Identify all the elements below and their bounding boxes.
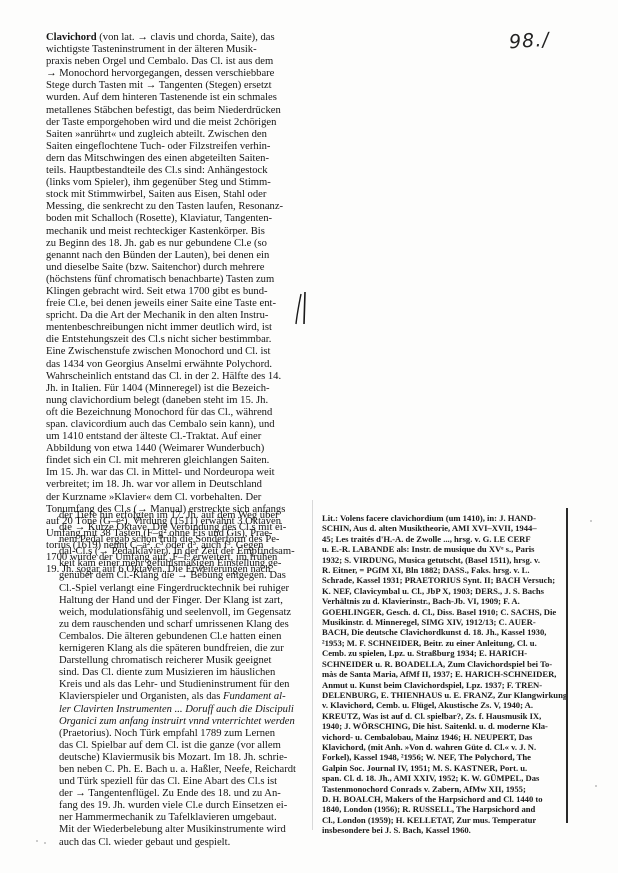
lit-line: BACH, Die deutsche Clavichordkunst d. 18… — [322, 627, 566, 637]
text-line: (von lat. → clavis und chorda, Saite), d… — [97, 32, 275, 43]
text-line: der → Tangentenflügel. Zu Ende des 18. u… — [59, 788, 311, 800]
scan-speck — [36, 840, 38, 842]
lit-line: Cemb. zu spielen, Lpz. u. Straßburg 1934… — [322, 648, 566, 658]
text-line: um 1410 entstand der älteste Cl.-Traktat… — [46, 431, 302, 443]
text-line: → Monochord hervorgegangen, dessen versc… — [46, 68, 302, 80]
lit-line: Galpin Soc. Journal IV, 1951; M. S. KAST… — [322, 763, 566, 773]
lit-line: màs de Santa Maria, AfMf II, 1937; E. HA… — [322, 669, 566, 679]
text-line: ner Hammermechanik zu Tafelklavieren umg… — [59, 812, 311, 824]
text-line: Saiten eingeflochtene Tuch- oder Filzstr… — [46, 141, 302, 153]
lit-line: 1940; J. WÖRSCHING, Die hist. Saitenkl. … — [322, 721, 566, 731]
text-line: dal-Cl.s (→ Pedalklavier). In der Zeit d… — [59, 546, 311, 558]
handdrawn-margin-line — [566, 508, 568, 823]
text-line: Stege durch Tasten mit → Tangenten (Steg… — [46, 80, 302, 92]
text-line: auch das Cl. wieder gebaut und gespielt. — [59, 837, 311, 849]
italic-quote: Fundament al- — [223, 691, 286, 702]
text-line: der Kurzname »Klavier« dem Cl. vorbehalt… — [46, 492, 302, 504]
text-line: und dieselbe Saite (bzw. Saitenchor) dur… — [46, 262, 302, 274]
lit-line: Lit.: Volens facere clavichordium (um 14… — [322, 513, 566, 523]
text-line: wurden. Auf dem hinteren Tastenende ist … — [46, 92, 302, 104]
text-line: zu dem rauschenden und scharf umrissenen… — [59, 619, 311, 631]
entry-main-text: Clavichord (von lat. → clavis und chorda… — [46, 32, 302, 576]
scan-speck — [595, 785, 597, 787]
text-line: Im 15. Jh. war das Cl. in Mittel- und No… — [46, 467, 302, 479]
text-line: nung clavichordium belegt (daneben steht… — [46, 395, 302, 407]
italic-quote-line: Organici zum anfang instruirt vnnd vnter… — [59, 716, 311, 728]
text-line: sind. Das Cl. diente zum Musizieren im h… — [59, 667, 311, 679]
text-line: Klingen gebracht wird. Seit etwa 1700 gi… — [46, 286, 302, 298]
text-line: und Türk speziell für das Cl. Eine Abart… — [59, 776, 311, 788]
lit-line: Forkel), Kassel 1948, ²1956; W. NEF, The… — [322, 752, 566, 762]
text-line: freie Cl.e, bei denen jeweils einer Sait… — [46, 298, 302, 310]
lit-line: Klavichord, (mit Anh. »Von d. wahren Güt… — [322, 742, 566, 752]
text-line: fang des 19. Jh. wurden viele Cl.e durch… — [59, 800, 311, 812]
lit-line: Musikinstr. d. Minneregel, SIMG XIV, 191… — [322, 617, 566, 627]
text-line: findet sich ein Cl. mit mehreren gleichl… — [46, 455, 302, 467]
handwritten-page-number: 98./ — [508, 29, 550, 54]
text-line: deutsche) Klaviermusik bis Mozart. Im 18… — [59, 752, 311, 764]
lit-line: v. Klavichord, Cemb. u. Flügel, Akustisc… — [322, 700, 566, 710]
text-line: Kreis und als das Lehr- und Studieninstr… — [59, 679, 311, 691]
text-line: zu Beginn des 18. Jh. gab es nur gebunde… — [46, 238, 302, 250]
text-line: genüber dem Cl.-Klang die → Bebung entge… — [59, 570, 311, 582]
text-line: kernigeren Klang als die späteren bundfr… — [59, 643, 311, 655]
text-line: wichtigste Tasteninstrument in der älter… — [46, 44, 302, 56]
text-line: Mit der Wiederbelebung alter Musikinstru… — [59, 824, 311, 836]
lit-line: SCHNEIDER u. R. BOADELLA, Zum Clavichord… — [322, 659, 566, 669]
text-line: ben neben C. Ph. E. Bach u. a. Haßler, N… — [59, 764, 311, 776]
column-divider — [312, 500, 313, 830]
text-line: Haltung der Hand und der Finger. Der Kla… — [59, 595, 311, 607]
text-line: verbreitet; im 18. Jh. war vor allem in … — [46, 479, 302, 491]
text-line: die Entstehungszeit des Cl.s nicht siche… — [46, 334, 302, 346]
lit-line: K. NEF, Clavicymbal u. Cl., JbP X, 1903;… — [322, 586, 566, 596]
text-line: oft die Bezeichnung Monochord für das Cl… — [46, 407, 302, 419]
text-line: Cembalos. Die älteren gebundenen Cl.e ha… — [59, 631, 311, 643]
text-line: (Praetorius). Noch Türk empfahl 1789 zum… — [59, 728, 311, 740]
text-line: spricht. Da die Art der Mechanik in den … — [46, 310, 302, 322]
lit-line: DELENBURG, E. THIENHAUS u. E. FRANZ, Zur… — [322, 690, 566, 700]
lit-line: Tastenmonochord Conrads v. Zabern, AfMw … — [322, 784, 566, 794]
lit-line: Schrade, Kassel 1931; PRAETORIUS Synt. I… — [322, 575, 566, 585]
lit-line: 1840, London (1956); R. RUSSELL, The Har… — [322, 804, 566, 814]
lit-line: vichord- u. Cembalobau, Mainz 1946; H. N… — [322, 732, 566, 742]
lit-line: ²1953; M. F. SCHNEIDER, Beitr. zu einer … — [322, 638, 566, 648]
text-line: span. clavicordium auch das Cembalo sein… — [46, 419, 302, 431]
scan-speck — [44, 842, 46, 844]
lit-line: 45; Les traités d'H.-A. de Zwolle ..., h… — [322, 534, 566, 544]
text-fragment: Klavierspieler und Organisten, als das — [59, 691, 223, 702]
lit-line: R. Eitner, = PGfM XI, Bln 1882; DASS., F… — [322, 565, 566, 575]
entry-first-line: Clavichord (von lat. → clavis und chorda… — [46, 32, 302, 44]
literature-column: Lit.: Volens facere clavichordium (um 14… — [322, 513, 566, 836]
lit-line: Verhältnis zu d. Klavierinstr., Bach-Jb.… — [322, 596, 566, 606]
text-line: mentenbeschreibungen nicht immer deutlic… — [46, 322, 302, 334]
text-line: mechanik und meist rechteckiger Kastenkö… — [46, 226, 302, 238]
text-line: metallenes Stäbchen befestigt, das beim … — [46, 105, 302, 117]
lit-line: u. E.-R. LABANDE als: Instr. de musique … — [322, 544, 566, 554]
lit-line: span. Cl. d. 18. Jh., AMI XXIV, 1952; K.… — [322, 773, 566, 783]
entry-lemma: Clavichord — [46, 32, 97, 43]
lit-line: KREUTZ, Was ist auf d. Cl. spielbar?, Zs… — [322, 711, 566, 721]
lit-line: D. H. BOALCH, Makers of the Harpsichord … — [322, 794, 566, 804]
text-line: Jh. in Italien. Für 1404 (Minneregel) is… — [46, 383, 302, 395]
text-line: dern das Mitschwingen des einen abgeteil… — [46, 153, 302, 165]
text-line: das 1434 von Georgius Anselmi erwähnte P… — [46, 359, 302, 371]
text-line: boden mit Schalloch (Rosette), Klaviatur… — [46, 213, 302, 225]
text-line: (höchstens fünf chromatisch benachbarte)… — [46, 274, 302, 286]
text-line: das Cl. Spielbar auf dem Cl. ist die gan… — [59, 740, 311, 752]
text-line: (links vom Spieler), ihm gegenüber Steg … — [46, 177, 302, 189]
text-line: stock mit Stimmwirbel, Saiten aus Eisen,… — [46, 189, 302, 201]
margin-annotation-marks — [293, 290, 309, 326]
text-line: Abbildung von etwa 1440 (Weimarer Wunder… — [46, 443, 302, 455]
entry-continuation-column: der Tiefe hin erfolgten im 17. Jh. auf d… — [59, 510, 311, 849]
text-line: keit kam einer mehr gefühlsmäßigen Einst… — [59, 558, 311, 570]
italic-quote-line: ler Clavirten Instrumenten ... Doruff au… — [59, 704, 311, 716]
lit-line: insbesondere bei J. S. Bach, Kassel 1960… — [322, 825, 566, 835]
lit-line: GOEHLINGER, Gesch. d. Cl., Diss. Basel 1… — [322, 607, 566, 617]
text-line: Eine Zwischenstufe zwischen Monochord un… — [46, 346, 302, 358]
text-line: Wahrscheinlich entstand das Cl. in der 2… — [46, 371, 302, 383]
text-line: teils. Hauptbestandteile des Cl.s sind: … — [46, 165, 302, 177]
text-line: weich, modulationsfähig und seelenvoll, … — [59, 607, 311, 619]
text-line: Saiten »anrührt« und zugleich abteilt. Z… — [46, 129, 302, 141]
text-line: Cl.-Spiel verlangt eine Fingerdrucktechn… — [59, 583, 311, 595]
text-line: die → Kurze Oktave. Die Verbindung des C… — [59, 522, 311, 534]
text-line: nem Pedal ergab schon früh die Sonderfor… — [59, 534, 311, 546]
lit-line: 1932; S. VIRDUNG, Musica getutscht, (Bas… — [322, 555, 566, 565]
text-line: der Tiefe hin erfolgten im 17. Jh. auf d… — [59, 510, 311, 522]
lit-line: Anmut u. Kunst beim Clavichordspiel, Lpz… — [322, 680, 566, 690]
text-line: der Taste emporgehoben wird und die meis… — [46, 117, 302, 129]
text-line: genannt nach den Bünden der Lauten), bei… — [46, 250, 302, 262]
scan-speck — [590, 520, 592, 522]
lit-line: SCHIN, Aus d. alten Musiktheorie, AMI XV… — [322, 523, 566, 533]
lit-line: Cl., London (1959); H. KELLETAT, Zur mus… — [322, 815, 566, 825]
text-line: praxis neben Orgel und Cembalo. Das Cl. … — [46, 56, 302, 68]
text-line: Darstellung chromatisch reicherer Musik … — [59, 655, 311, 667]
text-line: Klavierspieler und Organisten, als das F… — [59, 691, 311, 703]
text-line: Messing, die senkrecht zu den Tasten lau… — [46, 201, 302, 213]
scanned-page: 98./ Clavichord (von lat. → clavis und c… — [0, 0, 618, 873]
